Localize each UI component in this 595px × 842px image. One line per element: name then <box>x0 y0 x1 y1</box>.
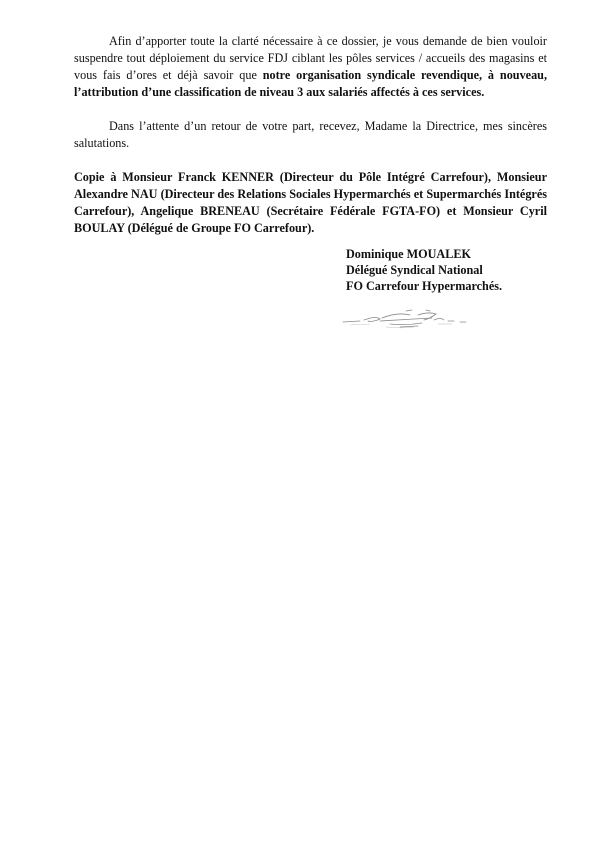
copy-recipients: Copie à Monsieur Franck KENNER (Directeu… <box>74 169 547 237</box>
paragraph-request: Afin d’apporter toute la clarté nécessai… <box>74 33 547 101</box>
signatory-block: Dominique MOUALEK Délégué Syndical Natio… <box>346 246 502 294</box>
handwritten-signature-icon <box>340 306 475 334</box>
signatory-organization: FO Carrefour Hypermarchés. <box>346 278 502 294</box>
signatory-role: Délégué Syndical National <box>346 262 502 278</box>
letter-body: Afin d’apporter toute la clarté nécessai… <box>74 33 547 237</box>
paragraph-closing: Dans l’attente d’un retour de votre part… <box>74 118 547 152</box>
signatory-name: Dominique MOUALEK <box>346 246 502 262</box>
